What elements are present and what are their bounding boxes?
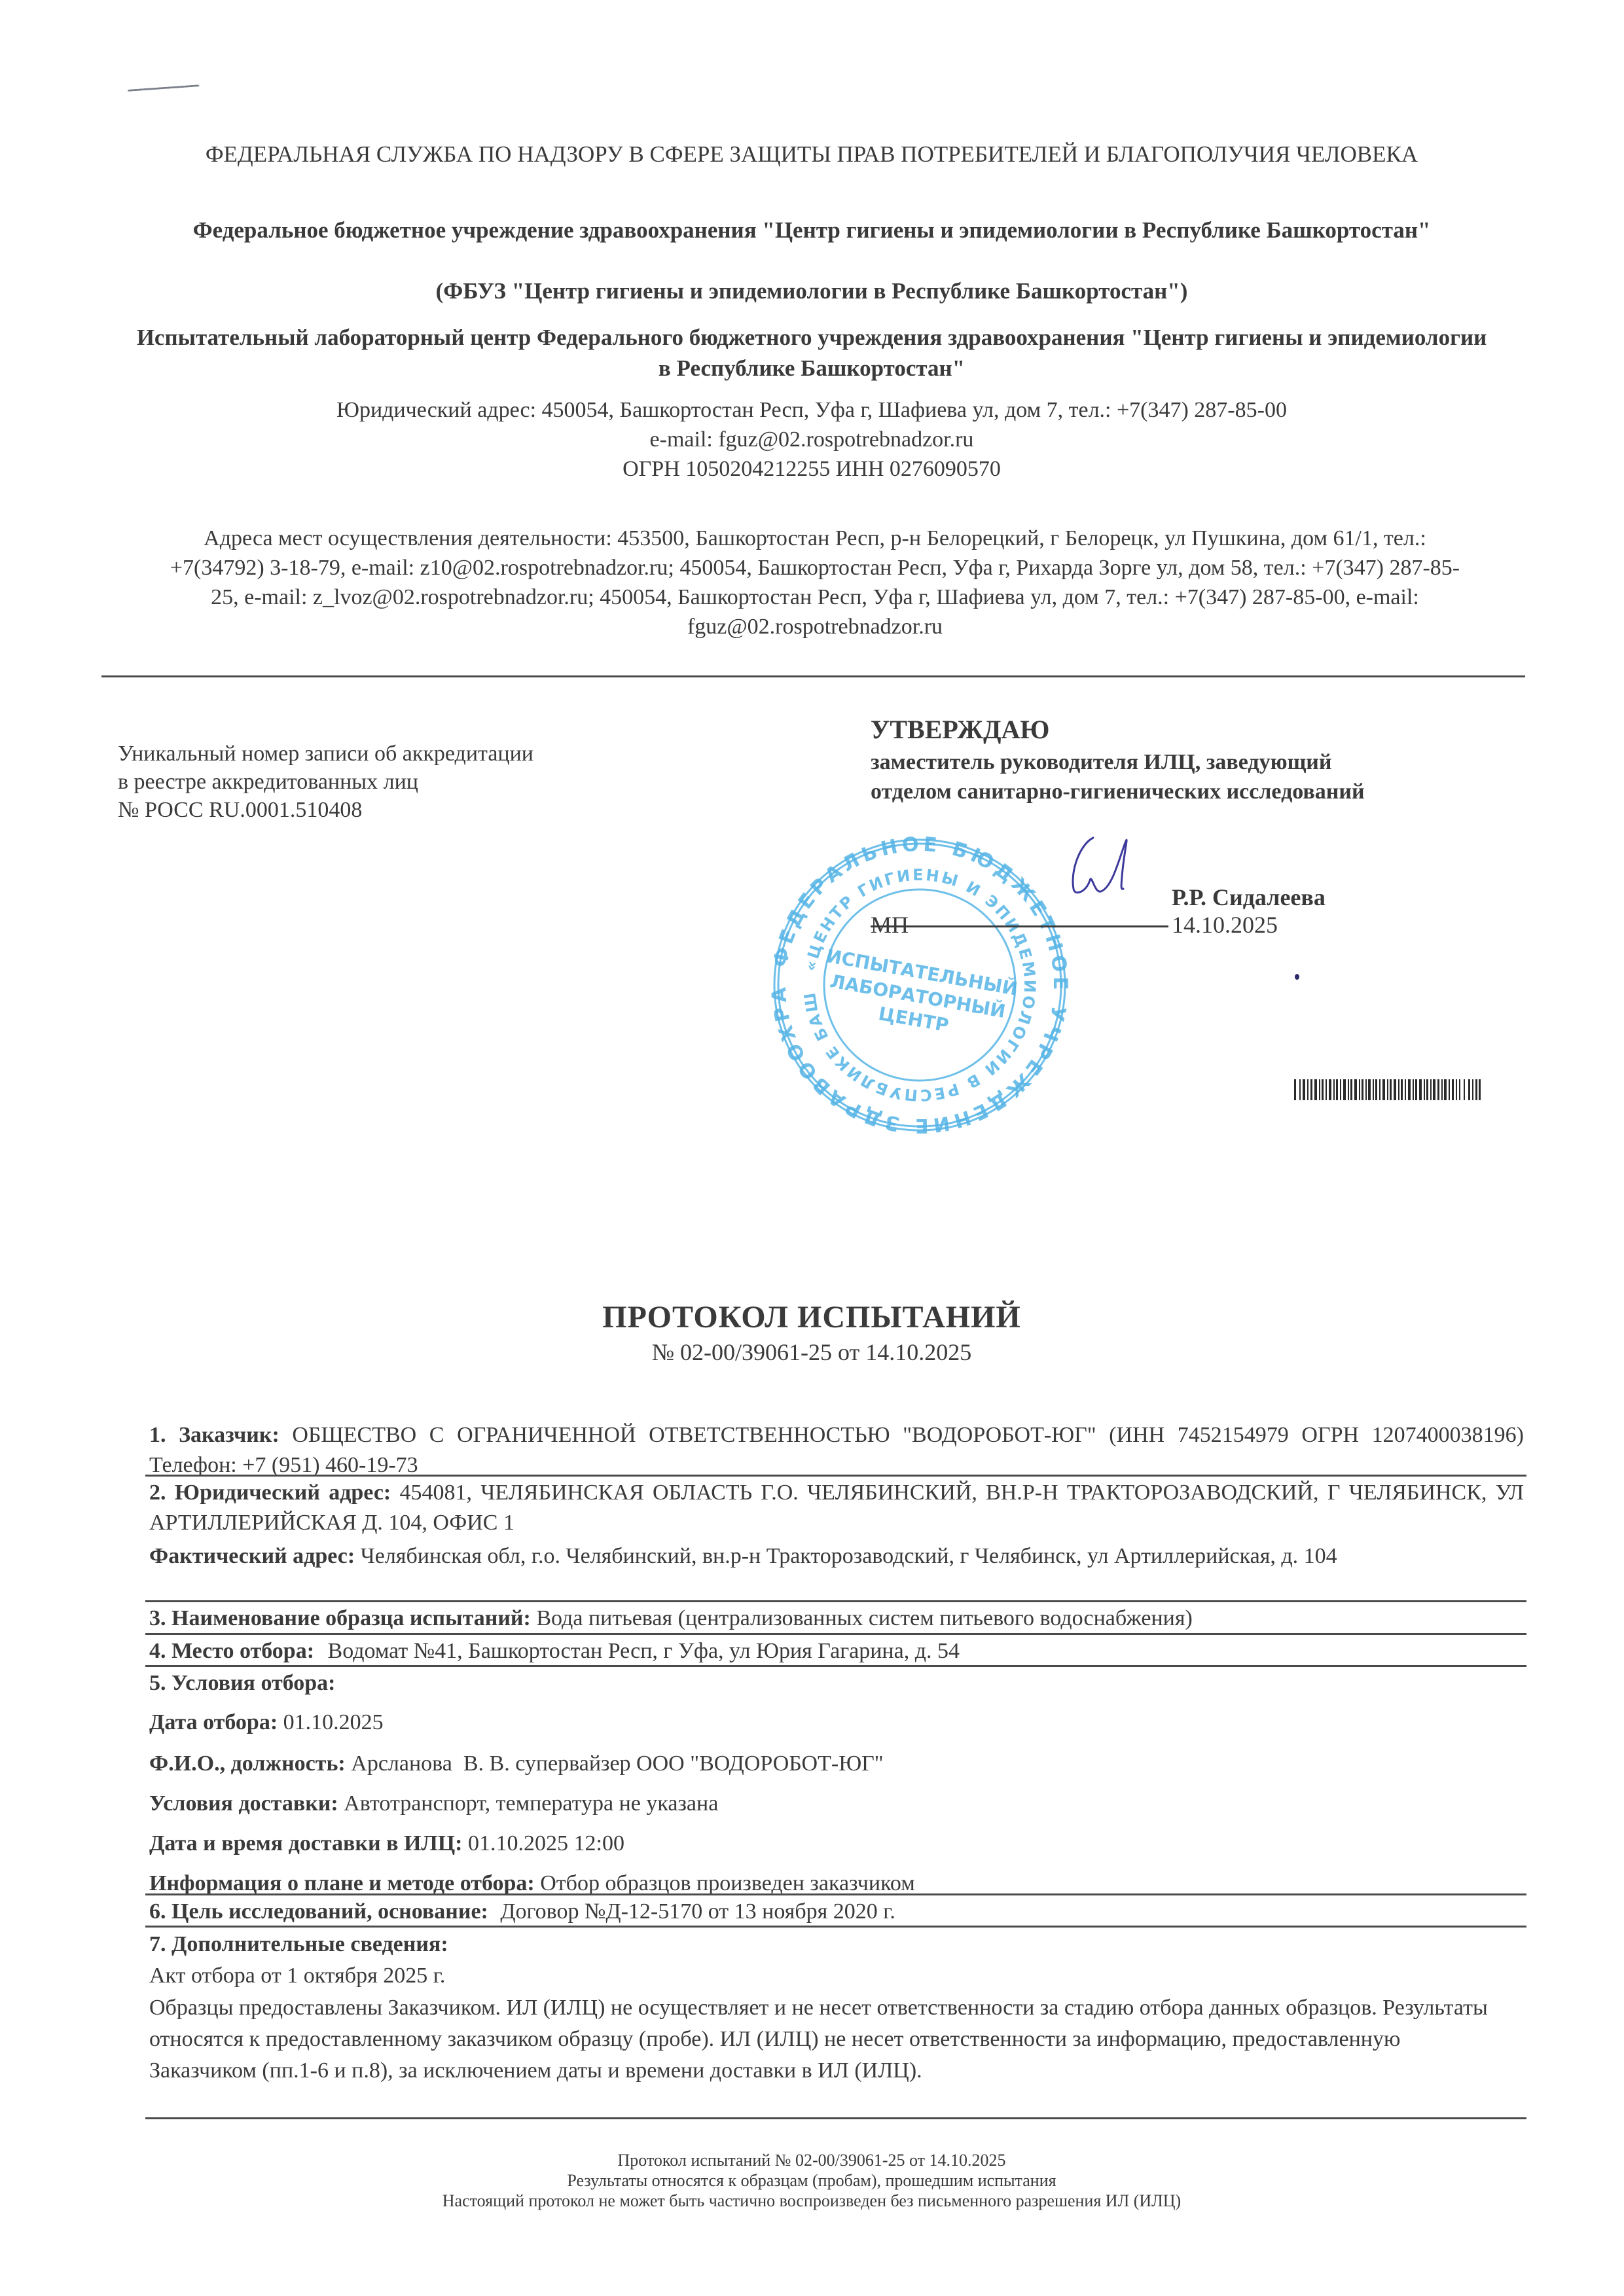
- section-divider: [145, 1926, 1526, 1928]
- sampler-label: Ф.И.О., должность:: [149, 1751, 346, 1776]
- accreditation-line1: Уникальный номер записи об аккредитации: [118, 740, 707, 768]
- official-stamp-icon: ФЕДЕРАЛЬНОЕ БЮДЖЕТНОЕ УЧРЕЖДЕНИЕ ЗДРАВОО…: [746, 831, 1093, 1139]
- sample-name-label: 3. Наименование образца испытаний:: [149, 1606, 531, 1630]
- actual-address-label: Фактический адрес:: [149, 1544, 355, 1568]
- page-footer: Протокол испытаний № 02-00/39061-25 от 1…: [131, 2150, 1492, 2211]
- section-divider: [145, 1665, 1526, 1667]
- section-customer: 1. Заказчик: ОБЩЕСТВО С ОГРАНИЧЕННОЙ ОТВ…: [149, 1420, 1524, 1480]
- customer-value: ОБЩЕСТВО С ОГРАНИЧЕННОЙ ОТВЕТСТВЕННОСТЬЮ…: [149, 1423, 1524, 1477]
- legal-address-block: Юридический адрес: 450054, Башкортостан …: [131, 395, 1492, 484]
- institution-short-name: (ФБУЗ "Центр гигиены и эпидемиологии в Р…: [131, 276, 1492, 306]
- org-email: e-mail: fguz@02.rospotrebnadzor.ru: [131, 425, 1492, 454]
- lab-center-name: Испытательный лабораторный центр Федерал…: [131, 322, 1492, 384]
- header-divider: [101, 675, 1525, 677]
- section-divider: [145, 1633, 1526, 1635]
- delivery-conditions-label: Условия доставки:: [149, 1791, 338, 1816]
- section-research-purpose: 6. Цель исследований, основание: Договор…: [149, 1897, 1524, 1927]
- delivery-conditions-value: Автотранспорт, температура не указана: [344, 1791, 718, 1816]
- accreditation-number: № РОСС RU.0001.510408: [118, 796, 707, 824]
- customer-label: 1. Заказчик:: [149, 1423, 280, 1447]
- sampling-act: Акт отбора от 1 октября 2025 г.: [149, 1961, 1524, 1991]
- protocol-title: ПРОТОКОЛ ИСПЫТАНИЙ: [131, 1299, 1492, 1335]
- section-actual-address: Фактический адрес: Челябинская обл, г.о.…: [149, 1541, 1524, 1571]
- sampler-row: Ф.И.О., должность: Арсланова В. В. супер…: [149, 1749, 1524, 1779]
- institution-name: Федеральное бюджетное учреждение здравоо…: [131, 215, 1492, 245]
- legal-address-label: 2. Юридический адрес:: [149, 1480, 391, 1505]
- research-purpose-label: 6. Цель исследований, основание:: [149, 1899, 488, 1924]
- sample-name-value: Вода питьевая (централизованных систем п…: [536, 1606, 1192, 1630]
- footer-reproduction-note: Настоящий протокол не может быть частичн…: [131, 2191, 1492, 2211]
- sampling-date-row: Дата отбора: 01.10.2025: [149, 1708, 1524, 1738]
- section-sampling-conditions: 5. Условия отбора:: [149, 1668, 1524, 1698]
- protocol-number: № 02-00/39061-25 от 14.10.2025: [131, 1338, 1492, 1366]
- activity-addresses: Адреса мест осуществления деятельности: …: [157, 524, 1473, 641]
- additional-info-label: 7. Дополнительные сведения:: [149, 1932, 448, 1956]
- accreditation-line2: в реестре аккредитованных лиц: [118, 768, 707, 796]
- sampling-date-label: Дата отбора:: [149, 1710, 278, 1734]
- signature-icon: [1060, 831, 1165, 903]
- barcode-icon: [1294, 1079, 1481, 1100]
- sampling-method-label: Информация о плане и методе отбора:: [149, 1871, 535, 1895]
- accreditation-block: Уникальный номер записи об аккредитации …: [118, 740, 707, 824]
- sampling-place-label: 4. Место отбора:: [149, 1639, 314, 1663]
- approver-position-line2: отделом санитарно-гигиенических исследов…: [871, 777, 1558, 806]
- delivery-datetime-value: 01.10.2025 12:00: [468, 1831, 624, 1856]
- research-purpose-value: Договор №Д-12-5170 от 13 ноября 2020 г.: [500, 1899, 895, 1924]
- approval-date: 14.10.2025: [1172, 911, 1278, 939]
- scan-mark: [128, 84, 200, 96]
- section-sample-name: 3. Наименование образца испытаний: Вода …: [149, 1604, 1524, 1634]
- section-divider: [145, 1600, 1526, 1602]
- delivery-datetime-label: Дата и время доставки в ИЛЦ:: [149, 1831, 463, 1856]
- signer-name: Р.Р. Сидалеева: [1172, 884, 1326, 911]
- sampling-method-value: Отбор образцов произведен заказчиком: [540, 1871, 915, 1895]
- section-additional-info: 7. Дополнительные сведения:: [149, 1929, 1524, 1960]
- section-divider: [145, 1893, 1526, 1895]
- delivery-conditions-row: Условия доставки: Автотранспорт, темпера…: [149, 1789, 1524, 1819]
- agency-name: ФЕДЕРАЛЬНАЯ СЛУЖБА ПО НАДЗОРУ В СФЕРЕ ЗА…: [131, 139, 1492, 170]
- section-legal-address: 2. Юридический адрес: 454081, ЧЕЛЯБИНСКА…: [149, 1478, 1524, 1538]
- legal-address: Юридический адрес: 450054, Башкортостан …: [131, 395, 1492, 425]
- sampling-date-value: 01.10.2025: [283, 1710, 384, 1734]
- ink-dot: [1295, 974, 1299, 980]
- footer-protocol-ref: Протокол испытаний № 02-00/39061-25 от 1…: [131, 2150, 1492, 2170]
- approver-position-line1: заместитель руководителя ИЛЦ, заведующий: [871, 747, 1558, 777]
- section-sampling-place: 4. Место отбора: Водомат №41, Башкортост…: [149, 1636, 1524, 1666]
- ogrn-inn: ОГРН 1050204212255 ИНН 0276090570: [131, 454, 1492, 484]
- sampling-conditions-label: 5. Условия отбора:: [149, 1671, 335, 1695]
- actual-address-value: Челябинская обл, г.о. Челябинский, вн.р-…: [361, 1544, 1337, 1568]
- sampling-place-value: Водомат №41, Башкортостан Респ, г Уфа, у…: [328, 1639, 960, 1663]
- approver-position: заместитель руководителя ИЛЦ, заведующий…: [871, 747, 1558, 806]
- seal-placeholder-label: МП: [871, 911, 909, 939]
- delivery-datetime-row: Дата и время доставки в ИЛЦ: 01.10.2025 …: [149, 1829, 1524, 1859]
- section-divider: [145, 2117, 1526, 2119]
- section-divider: [145, 1475, 1526, 1477]
- responsibility-disclaimer: Образцы предоставлены Заказчиком. ИЛ (ИЛ…: [149, 1992, 1498, 2087]
- approval-title: УТВЕРЖДАЮ: [871, 713, 1049, 746]
- signature-line: [871, 925, 1168, 927]
- sampler-value: Арсланова В. В. супервайзер ООО "ВОДОРОБ…: [351, 1751, 883, 1776]
- footer-results-note: Результаты относятся к образцам (пробам)…: [131, 2170, 1492, 2191]
